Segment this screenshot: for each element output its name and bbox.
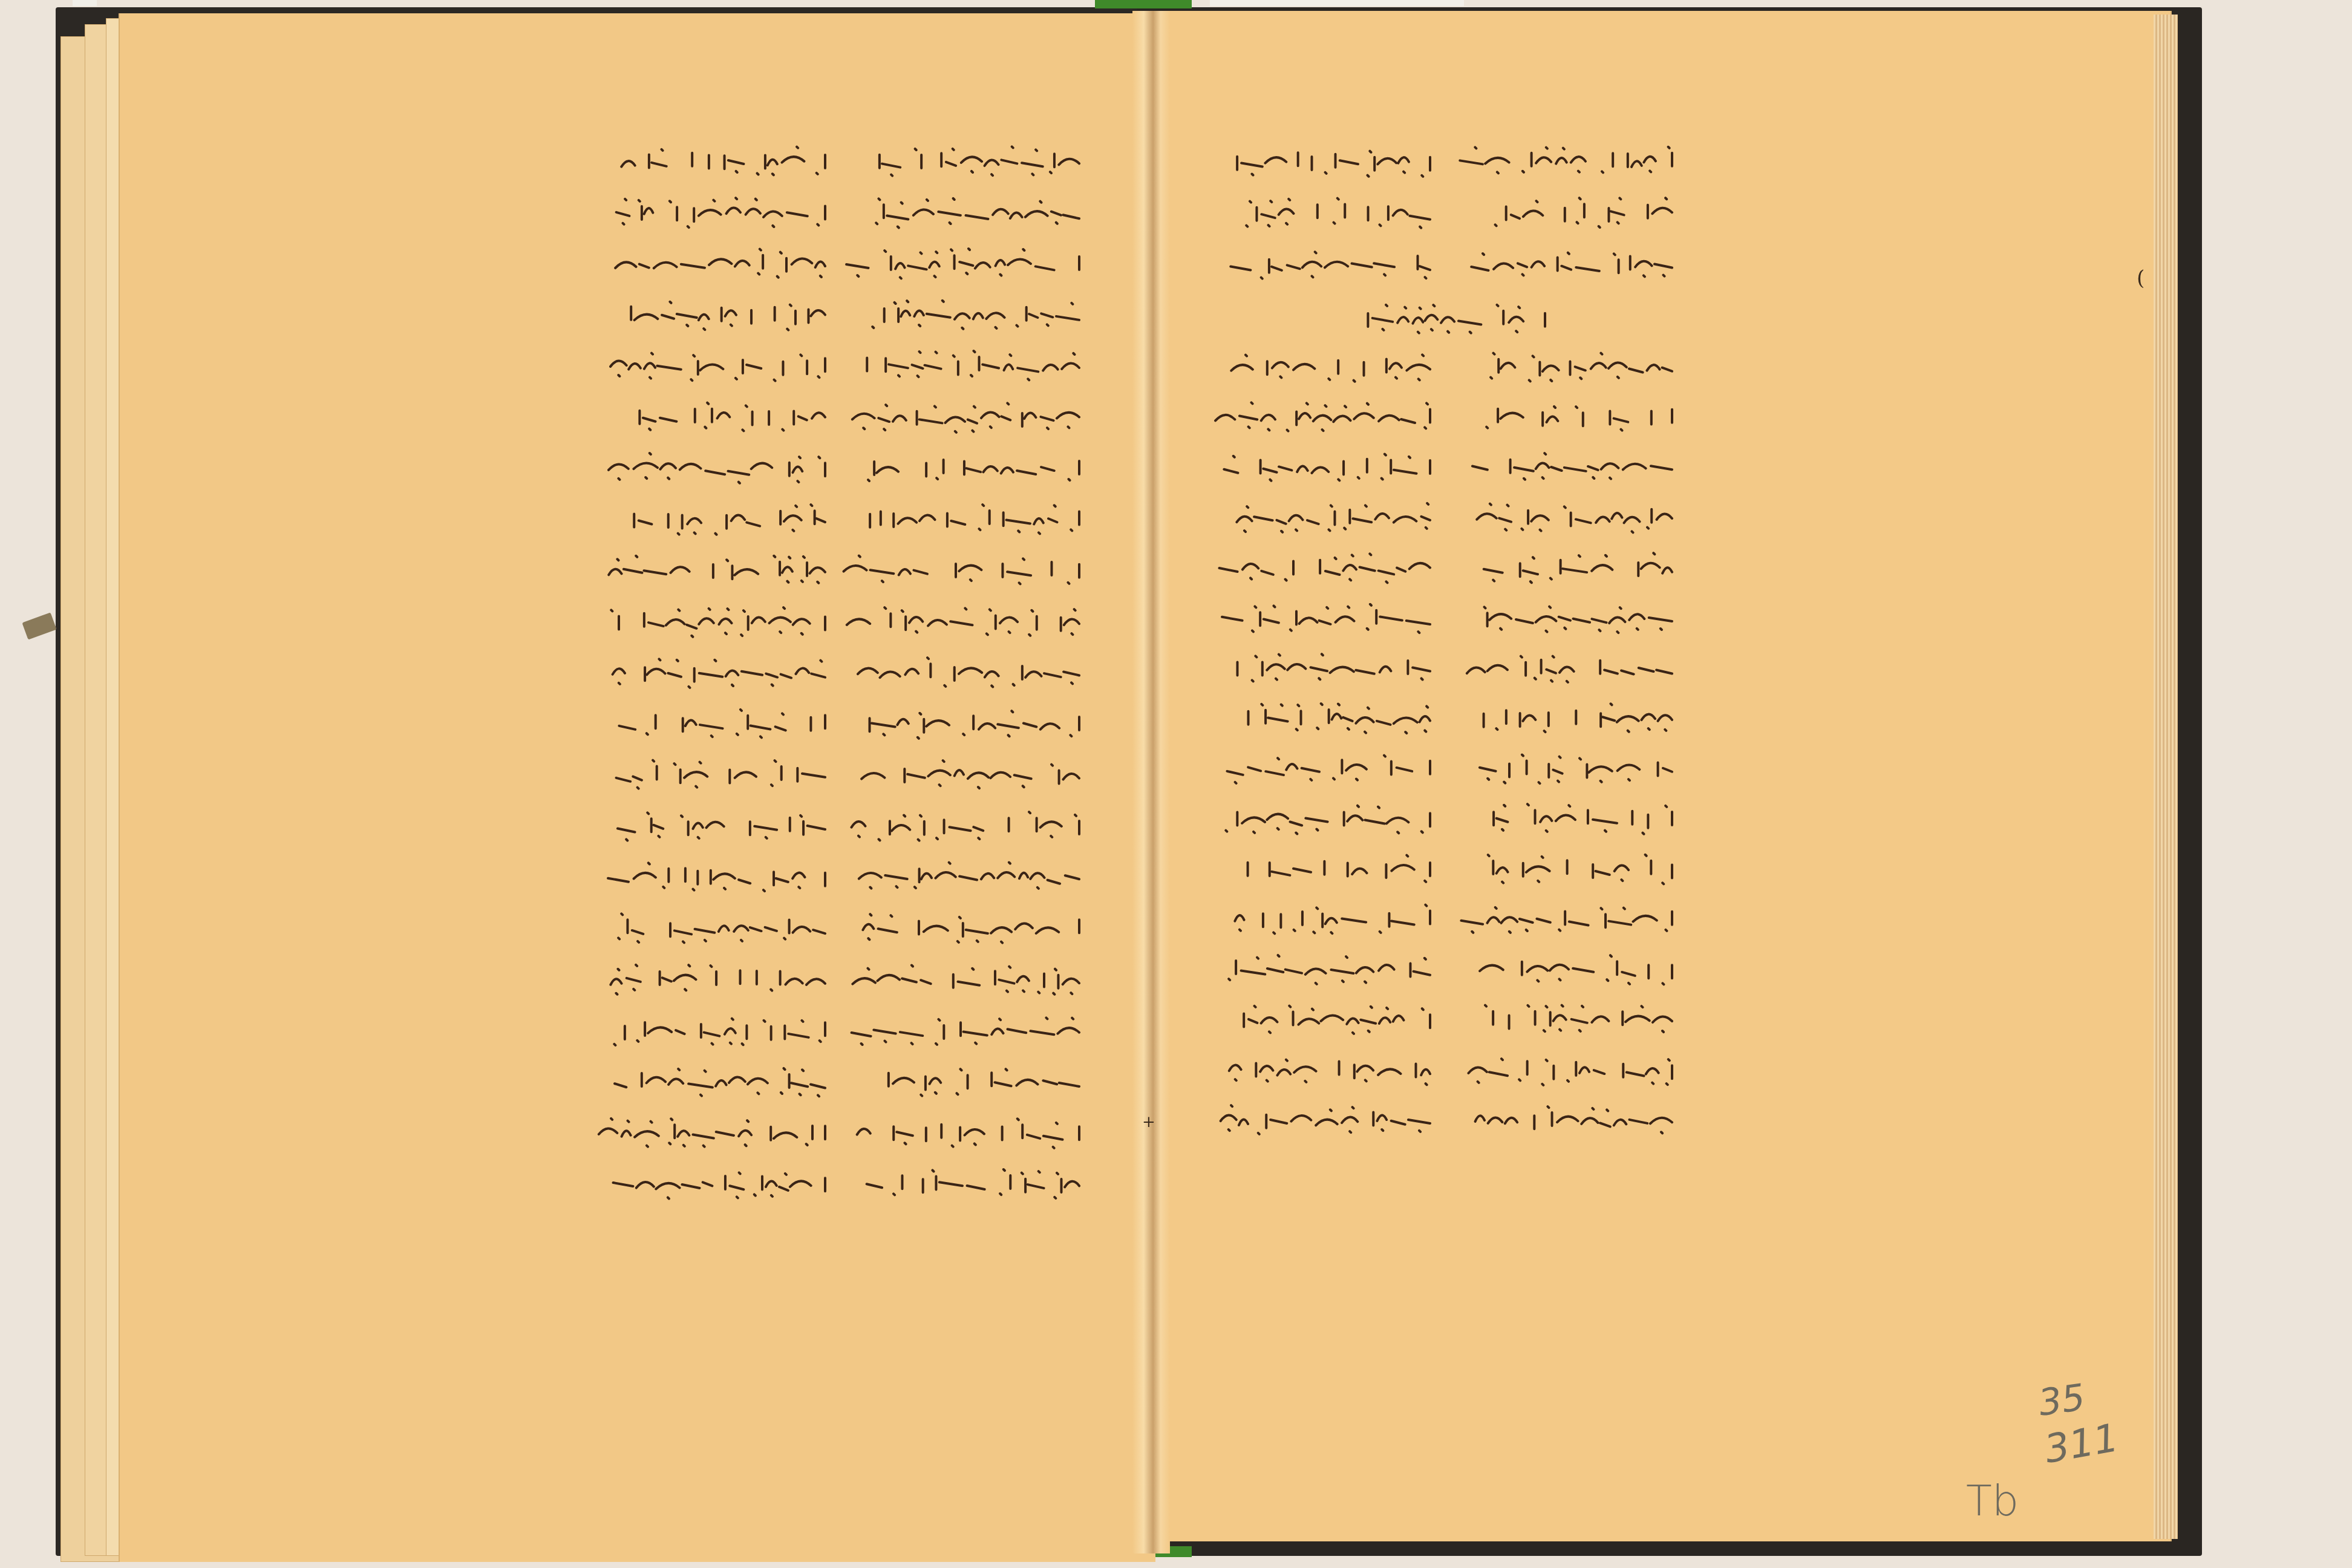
manuscript-line (859, 247, 1083, 281)
right-fore-edge (2154, 15, 2178, 1539)
manuscript-line (1476, 702, 1676, 736)
manuscript-line (859, 401, 1083, 435)
manuscript-line (1476, 1004, 1676, 1037)
manuscript-line (611, 810, 829, 844)
manuscript-line (1476, 351, 1676, 385)
manuscript-line (1476, 753, 1676, 786)
manuscript-line (611, 861, 829, 895)
manuscript-line (1228, 501, 1434, 535)
manuscript-line (611, 554, 829, 588)
manuscript-line (1228, 351, 1434, 385)
manuscript-line (1228, 401, 1434, 435)
pencil-folio-a: 35 (2036, 1376, 2088, 1425)
manuscript-line (1476, 652, 1676, 686)
manuscript-line (1228, 248, 1434, 282)
manuscript-line (1228, 753, 1434, 786)
manuscript-line (611, 708, 829, 742)
manuscript-line (1476, 401, 1676, 435)
cover-edge (73, 0, 97, 6)
manuscript-line (1228, 1104, 1434, 1138)
manuscript-line (1476, 197, 1676, 230)
manuscript-line (859, 1014, 1083, 1048)
manuscript-line (1228, 197, 1434, 230)
manuscript-line (611, 503, 829, 537)
manuscript-line (1476, 501, 1676, 535)
manuscript-line (1476, 248, 1676, 282)
manuscript-line (611, 197, 829, 230)
pencil-shelfmark: Tb (1966, 1476, 2019, 1526)
manuscript-line (1228, 1054, 1434, 1088)
manuscript-line (1228, 702, 1434, 736)
manuscript-line (859, 1168, 1083, 1201)
manuscript-line (1228, 953, 1434, 987)
manuscript-line (859, 1065, 1083, 1099)
manuscript-line (859, 708, 1083, 742)
manuscript-line (611, 963, 829, 997)
manuscript-line (859, 1117, 1083, 1151)
manuscript-line (1476, 552, 1676, 586)
torn-cover-fragment (22, 612, 56, 639)
gutter-cross-mark: + (1142, 1113, 1155, 1131)
manuscript-line (859, 861, 1083, 895)
manuscript-line (611, 759, 829, 792)
manuscript-line (611, 1065, 829, 1099)
manuscript-line (611, 247, 829, 281)
section-heading (1355, 302, 1549, 345)
manuscript-line (1476, 451, 1676, 485)
manuscript-line (611, 350, 829, 384)
manuscript-line (859, 656, 1083, 690)
manuscript-line (611, 1014, 829, 1048)
manuscript-line (1476, 145, 1676, 179)
cover-edge (1210, 0, 1464, 6)
manuscript-line (859, 759, 1083, 792)
manuscript-line (859, 197, 1083, 230)
manuscript-line (1228, 652, 1434, 686)
manuscript-line (611, 606, 829, 639)
manuscript-line (1228, 803, 1434, 837)
manuscript-line (1476, 903, 1676, 937)
manuscript-line (611, 452, 829, 486)
manuscript-line (1476, 1054, 1676, 1088)
manuscript-line (611, 912, 829, 946)
manuscript-line (1228, 145, 1434, 179)
manuscript-line (1476, 953, 1676, 987)
manuscript-line (1228, 602, 1434, 636)
manuscript-line (859, 299, 1083, 333)
manuscript-line (859, 452, 1083, 486)
manuscript-line (859, 963, 1083, 997)
manuscript-line (611, 299, 829, 333)
manuscript-line (1476, 803, 1676, 837)
manuscript-line (1228, 451, 1434, 485)
manuscript-line (1228, 903, 1434, 937)
manuscript-line (1228, 1004, 1434, 1037)
manuscript-line (1476, 602, 1676, 636)
manuscript-line (859, 503, 1083, 537)
manuscript-line (1476, 853, 1676, 887)
manuscript-line (859, 145, 1083, 179)
manuscript-line (859, 606, 1083, 639)
manuscript-line (611, 145, 829, 179)
manuscript-line (611, 401, 829, 435)
manuscript-line (611, 1168, 829, 1201)
manuscript-line (859, 554, 1083, 588)
manuscript-line (611, 656, 829, 690)
book-gutter (1132, 11, 1170, 1553)
spine-ribbon-top (1095, 0, 1192, 8)
manuscript-line (859, 350, 1083, 384)
manuscript-line (1228, 853, 1434, 887)
margin-mark: ( (2137, 266, 2145, 290)
manuscript-line (1476, 1104, 1676, 1138)
manuscript-line (859, 912, 1083, 946)
manuscript-line (611, 1117, 829, 1151)
manuscript-line (1228, 552, 1434, 586)
manuscript-line (859, 810, 1083, 844)
